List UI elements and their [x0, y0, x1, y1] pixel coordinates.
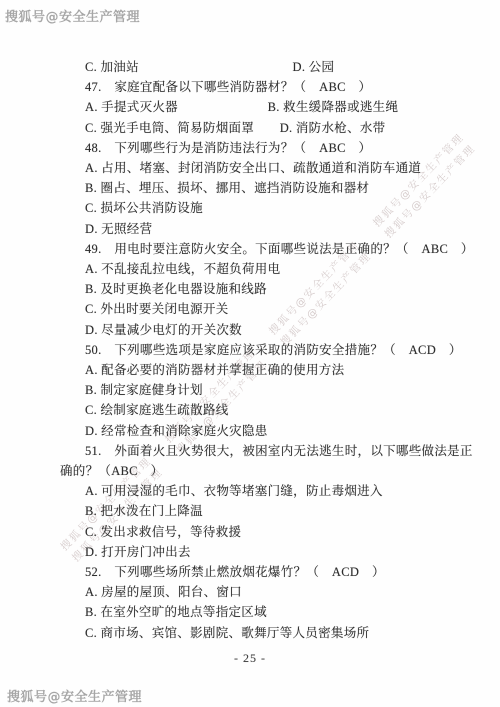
document-page: 搜狐号@安全生产管理 搜狐号@安全生产管理 搜狐号@安全生产管理 搜狐号@安全生… — [0, 0, 500, 707]
document-line: C. 外出时要关闭电源开关 — [60, 299, 490, 319]
document-line: A. 可用浸湿的毛巾、衣物等堵塞门缝，防止毒烟进入 — [60, 481, 490, 501]
document-line: B. 在室外空旷的地点等指定区域 — [60, 602, 490, 622]
document-line: C. 绘制家庭逃生疏散路线 — [60, 400, 490, 420]
watermark-bottom-left: 搜狐号@安全生产管理 — [7, 686, 142, 705]
document-line: A. 房屋的屋顶、阳台、窗口 — [60, 582, 490, 602]
document-line-question-47: 47. 家庭宜配备以下哪些消防器材？（ ABC ） — [60, 77, 490, 97]
document-line: C. 加油站 D. 公园 — [60, 57, 490, 77]
document-line: B. 圈占、埋压、损坏、挪用、遮挡消防设施和器材 — [60, 178, 490, 198]
document-line-question-48: 48. 下列哪些行为是消防违法行为？（ ABC ） — [60, 138, 490, 158]
document-line: A. 不乱接乱拉电线，不超负荷用电 — [60, 259, 490, 279]
document-line: 确的？（ABC ） — [60, 461, 490, 481]
document-line-question-51: 51. 外面着火且火势很大，被困室内无法逃生时，以下哪些做法是正 — [60, 441, 490, 461]
document-line: D. 无照经营 — [60, 219, 490, 239]
document-line: C. 损坏公共消防设施 — [60, 198, 490, 218]
document-line-question-49: 49. 用电时要注意防火安全。下面哪些说法是正确的？（ ABC ） — [60, 239, 490, 259]
document-line: A. 手提式灭火器 B. 救生缓降器或逃生绳 — [60, 97, 490, 117]
document-line: B. 制定家庭健身计划 — [60, 380, 490, 400]
document-line: A. 占用、堵塞、封闭消防安全出口、疏散通道和消防车通道 — [60, 158, 490, 178]
document-line-question-52: 52. 下列哪些场所禁止燃放烟花爆竹？（ ACD ） — [60, 562, 490, 582]
document-line: D. 打开房门冲出去 — [60, 542, 490, 562]
page-number: - 25 - — [0, 651, 500, 666]
document-line: A. 配备必要的消防器材并掌握正确的使用方法 — [60, 360, 490, 380]
document-line: B. 及时更换老化电器设施和线路 — [60, 279, 490, 299]
document-line: D. 尽量减少电灯的开关次数 — [60, 320, 490, 340]
document-line: C. 强光手电筒、简易防烟面罩 D. 消防水枪、水带 — [60, 118, 490, 138]
document-body: C. 加油站 D. 公园 47. 家庭宜配备以下哪些消防器材？（ ABC ） A… — [60, 57, 490, 643]
document-line: B. 把水泼在门上降温 — [60, 501, 490, 521]
document-line: C. 商市场、宾馆、影剧院、歌舞厅等人员密集场所 — [60, 623, 490, 643]
document-line: D. 经常检查和消除家庭火灾隐患 — [60, 421, 490, 441]
document-line-question-50: 50. 下列哪些选项是家庭应该采取的消防安全措施？（ ACD ） — [60, 340, 490, 360]
watermark-top-left: 搜狐号@安全生产管理 — [5, 6, 140, 25]
document-line: C. 发出求救信号，等待救援 — [60, 522, 490, 542]
